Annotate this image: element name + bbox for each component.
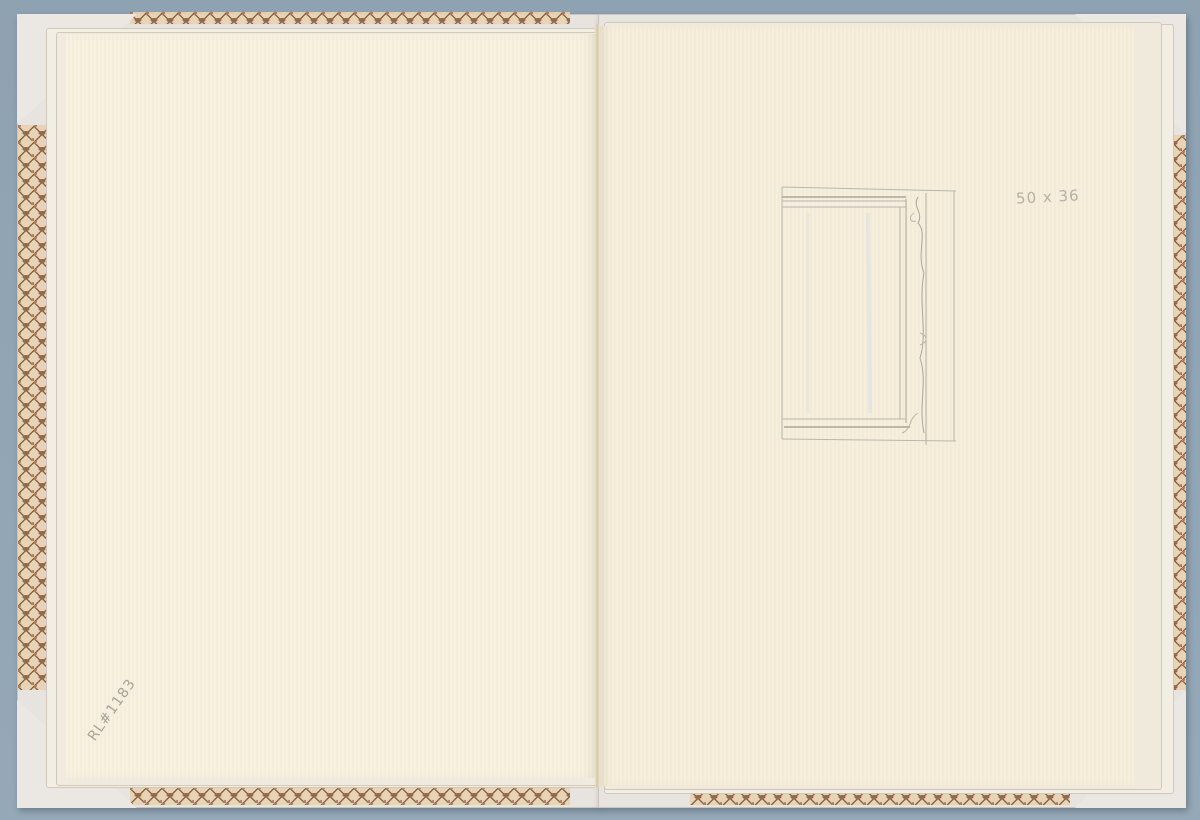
frame-sketch-icon	[778, 183, 958, 445]
left-page[interactable]	[66, 34, 596, 778]
book-spine-gutter	[595, 24, 600, 788]
marbled-paper-strip-top	[130, 12, 570, 24]
marbled-paper-strip-bottom-left	[130, 787, 570, 805]
marbled-paper-strip-left	[18, 125, 46, 690]
pencil-frame-sketch	[778, 183, 958, 445]
dimension-annotation: 50 x 36	[1016, 186, 1080, 207]
